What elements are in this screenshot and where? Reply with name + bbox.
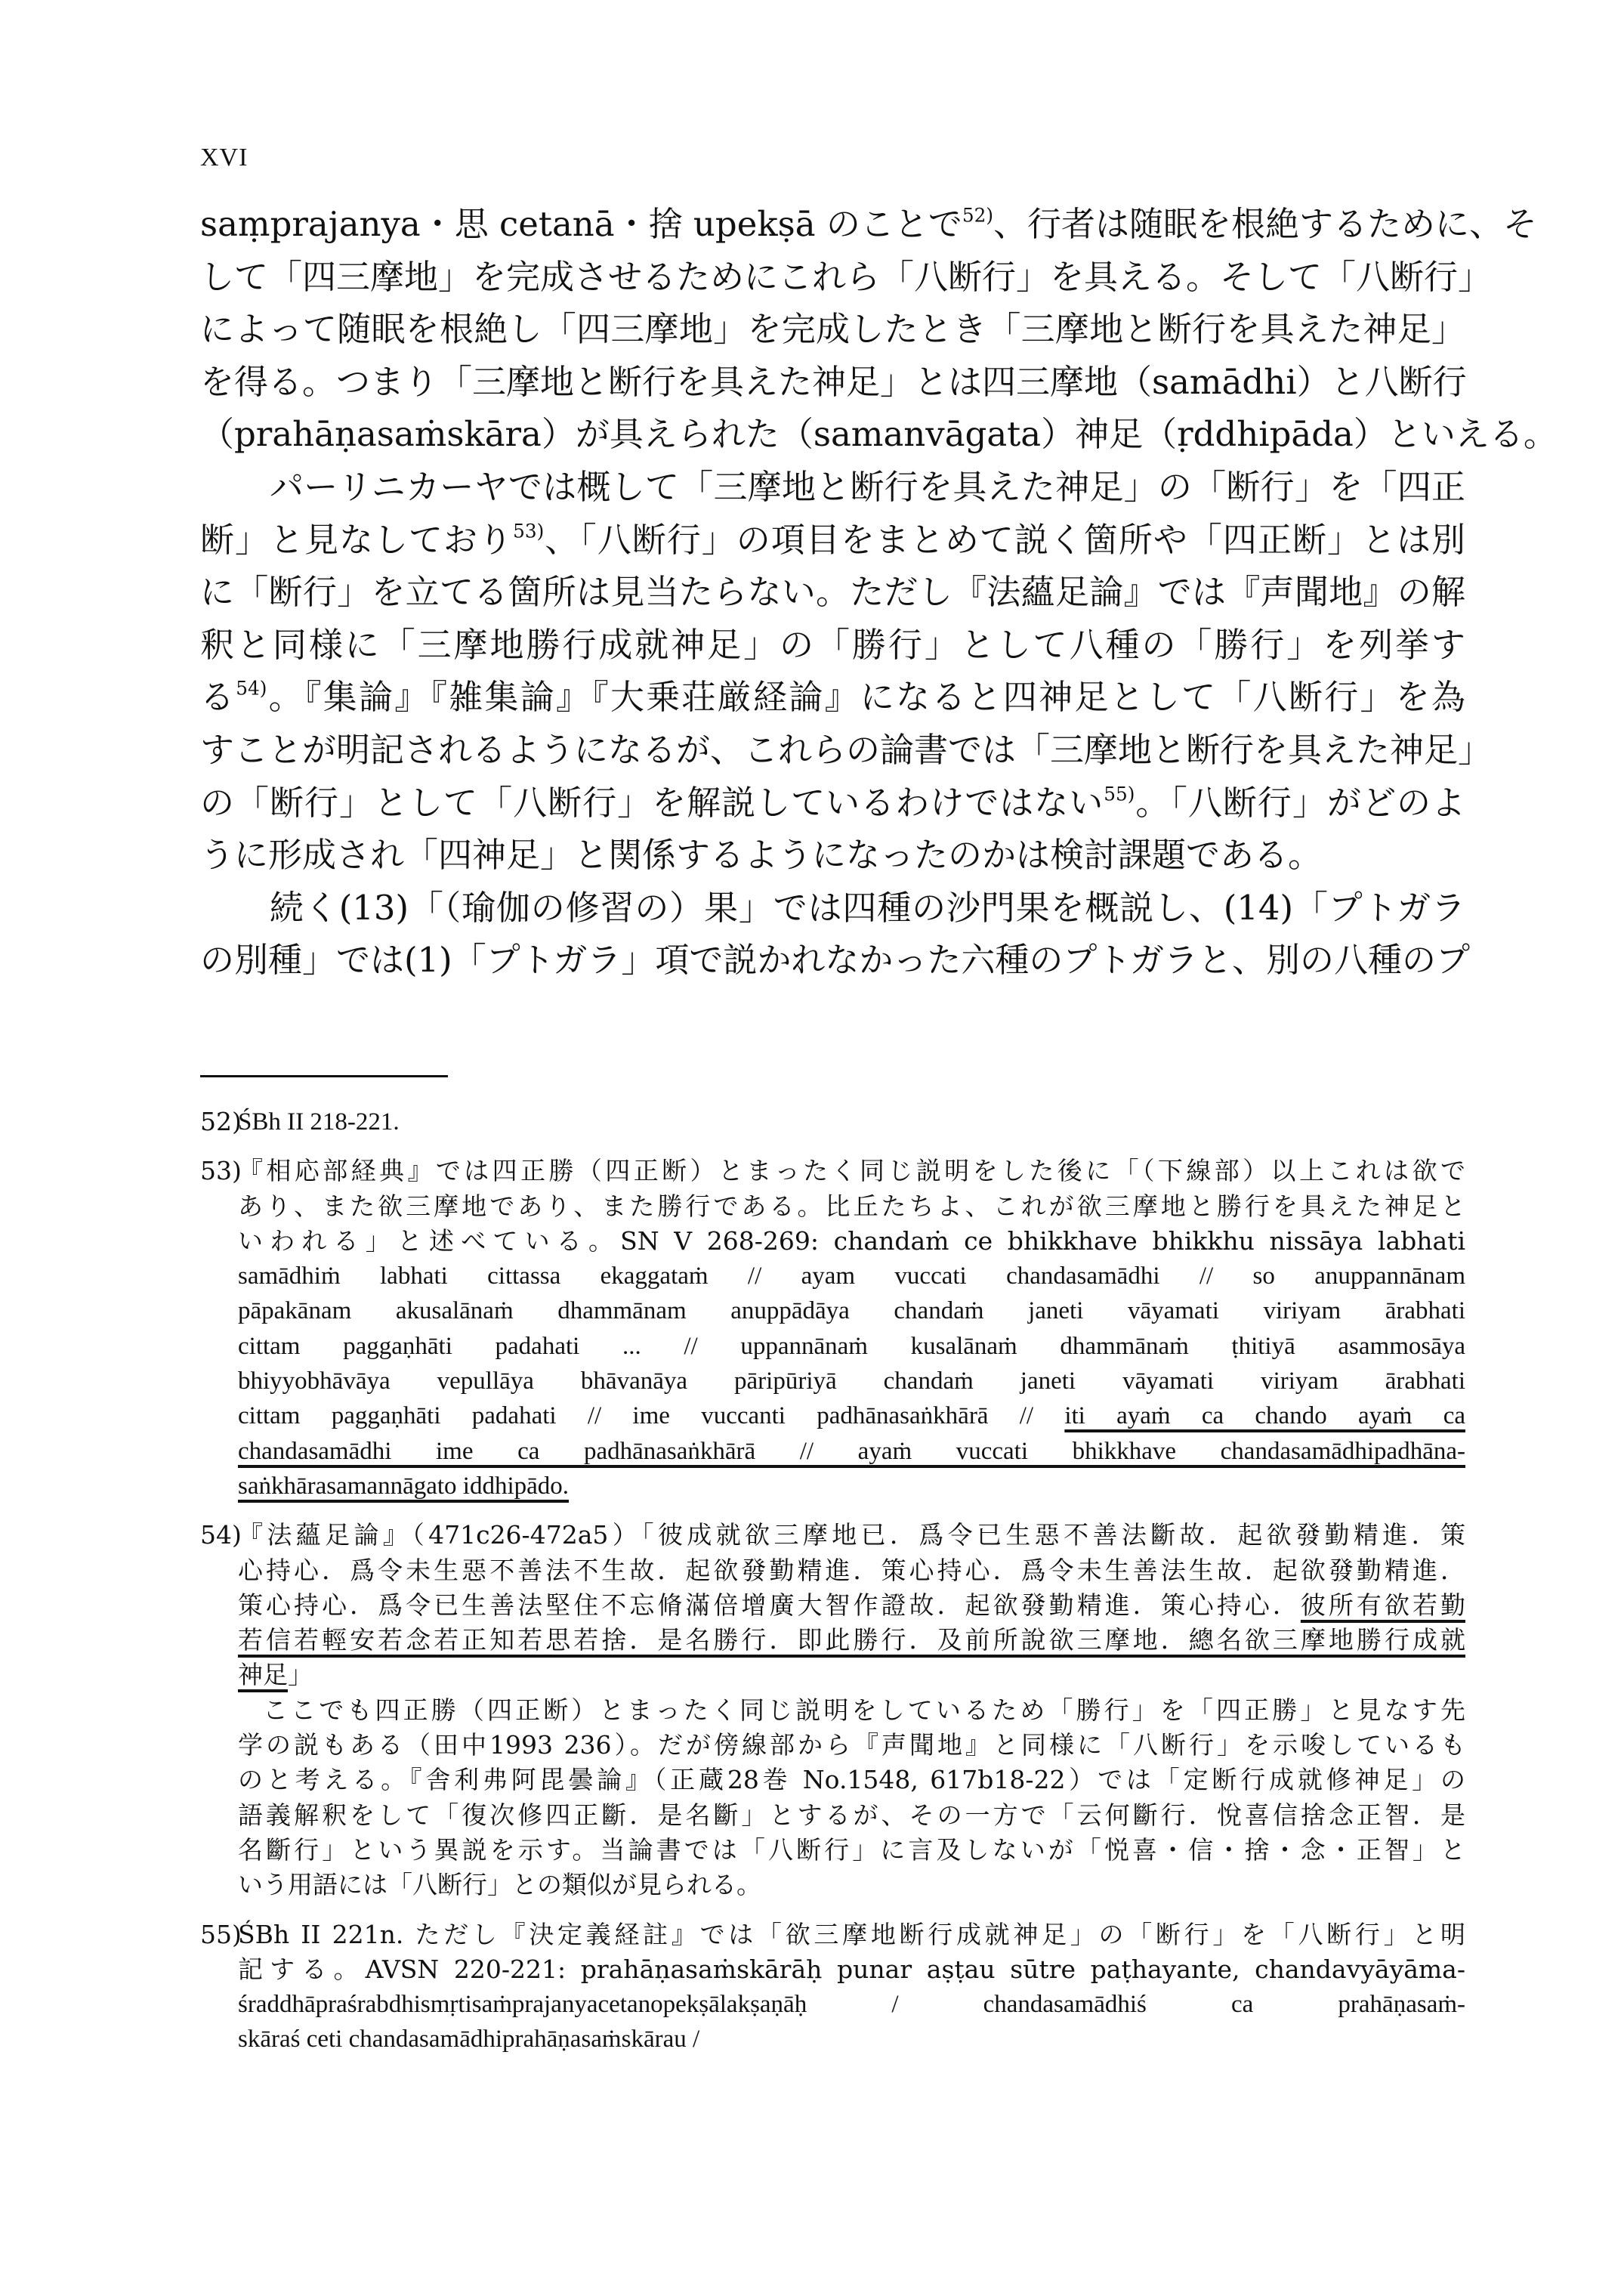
footnote-number: 53) [200, 1154, 242, 1188]
footnote-ref-53[interactable]: 53) [513, 520, 544, 542]
footnote-number: 55) [200, 1917, 242, 1952]
footnote-55: 55) ŚBh II 221n. ただし『決定義経註』では「欲三摩地断行成就神足… [200, 1917, 1465, 2057]
text-line: （prahāṇasaṁskāra）が具えられた（samanvāgata）神足（ṛ… [200, 408, 1465, 461]
page-number: XVI [200, 144, 248, 172]
text-line: の「断行」として「八断行」を解説しているわけではない55)。「八断行」がどのよ [200, 777, 1465, 830]
footnote-line: 『相応部経典』では四正勝（四正断）とまったく同じ説明をした後に「（下線部）以上こ… [238, 1154, 1465, 1188]
underlined-passage: saṅkhārasamannāgato iddhipādo. [238, 1472, 569, 1500]
underlined-passage: 神足 [238, 1660, 288, 1689]
footnote-line: あり、また欲三摩地であり、また勝行である。比丘たちよ、これが欲三摩地と勝行を具え… [238, 1189, 1465, 1224]
footnote-line: いう用語には「八断行」との類似が見られる。 [238, 1868, 1465, 1902]
footnote-line: skāraś ceti chandasamādhiprahāṇasaṁskāra… [238, 2022, 1465, 2057]
footnote-line: samādhiṁ labhati cittassa ekaggataṁ // a… [238, 1259, 1465, 1293]
text-line: に「断行」を立てる箇所は見当たらない。ただし『法蘊足論』では『声聞地』の解 [200, 566, 1465, 619]
footnote-ref-55[interactable]: 55) [1104, 783, 1135, 805]
footnote-54: 54) 『法蘊足論』（471c26-472a5）「彼成就欲三摩地已．爲令已生惡不… [200, 1518, 1465, 1902]
main-text: saṃprajanya・思 cetanā・捨 upekṣā のことで52)、行者… [200, 198, 1465, 987]
footnote-line: ここでも四正勝（四正断）とまったく同じ説明をしているため「勝行」を「四正勝」と見… [238, 1693, 1465, 1728]
underlined-passage: 彼所有欲若勤 [1301, 1590, 1465, 1620]
footnote-line: ŚBh II 221n. ただし『決定義経註』では「欲三摩地断行成就神足」の「断… [238, 1917, 1465, 1952]
footnote-line: 学の説もある（田中1993 236）。だが傍線部から『声聞地』と同様に「八断行」… [238, 1728, 1465, 1763]
text-line: saṃprajanya・思 cetanā・捨 upekṣā のことで52)、行者… [200, 198, 1465, 251]
footnote-number: 52) [200, 1105, 242, 1139]
footnote-line: cittam paggaṇhāti padahati // ime vuccan… [238, 1398, 1465, 1433]
footnote-line: ŚBh II 218-221. [238, 1105, 1465, 1139]
footnote-ref-54[interactable]: 54) [236, 678, 267, 700]
text-line: によって随眠を根絶し「四三摩地」を完成したとき「三摩地と断行を具えた神足」 [200, 303, 1465, 356]
footnote-ref-52[interactable]: 52) [962, 204, 993, 226]
footnote-line: 策心持心．爲令已生善法堅住不忘脩滿倍增廣大智作證故．起欲發勤精進．策心持心．彼所… [238, 1588, 1465, 1623]
footnote-line: chandasamādhi ime ca padhānasaṅkhārā // … [238, 1434, 1465, 1469]
footnote-separator [200, 1075, 448, 1077]
underlined-passage: iti ayaṁ ca chando ayaṁ ca [1064, 1402, 1465, 1429]
footnote-line: 語義解釈をして「復次修四正斷．是名斷」とするが、その一方で「云何斷行．悅喜信捨念… [238, 1798, 1465, 1833]
text-line: を得る。つまり「三摩地と断行を具えた神足」とは四三摩地（samādhi）と八断行 [200, 356, 1465, 409]
text-line: うに形成され「四神足」と関係するようになったのかは検討課題である。 [200, 829, 1465, 882]
text-line: して「四三摩地」を完成させるためにこれら「八断行」を具える。そして「八断行」 [200, 251, 1465, 304]
footnote-line: 神足」 [238, 1658, 1465, 1692]
footnote-number: 54) [200, 1518, 242, 1553]
underlined-passage: 若信若輕安若念若正知若思若捨．是名勝行．即此勝行．及前所說欲三摩地．總名欲三摩地… [238, 1625, 1465, 1655]
footnote-line: pāpakānam akusalānaṁ dhammānam anuppādāy… [238, 1293, 1465, 1328]
footnote-line: 『法蘊足論』（471c26-472a5）「彼成就欲三摩地已．爲令已生惡不善法斷故… [238, 1518, 1465, 1553]
text-line: る54)。『集論』『雑集論』『大乗荘厳経論』になると四神足として「八断行」を為 [200, 671, 1465, 724]
paragraph-2: パーリニカーヤでは概して「三摩地と断行を具えた神足」の「断行」を「四正 断」と見… [200, 461, 1465, 882]
text-line: 釈と同様に「三摩地勝行成就神足」の「勝行」として八種の「勝行」を列挙す [200, 619, 1465, 672]
footnote-52: 52) ŚBh II 218-221. [200, 1105, 1465, 1139]
footnote-line: のと考える。『舎利弗阿毘曇論』（正蔵28巻 No.1548, 617b18-22… [238, 1763, 1465, 1797]
paragraph-1: saṃprajanya・思 cetanā・捨 upekṣā のことで52)、行者… [200, 198, 1465, 461]
footnote-line: śraddhāpraśrabdhismṛtisaṁprajanyacetanop… [238, 1987, 1465, 2022]
paragraph-3: 続く(13)「（瑜伽の修習の）果」では四種の沙門果を概説し、(14)「プトガラ … [200, 882, 1465, 987]
text-line: パーリニカーヤでは概して「三摩地と断行を具えた神足」の「断行」を「四正 [200, 461, 1465, 514]
text-line: の別種」では(1)「プトガラ」項で説かれなかった六種のプトガラと、別の八種のプ [200, 934, 1465, 987]
footnote-53: 53) 『相応部経典』では四正勝（四正断）とまったく同じ説明をした後に「（下線部… [200, 1154, 1465, 1503]
text-line: すことが明記されるようになるが、これらの論書では「三摩地と断行を具えた神足」 [200, 724, 1465, 777]
footnote-line: saṅkhārasamannāgato iddhipādo. [238, 1469, 1465, 1503]
footnote-line: 心持心．爲令未生惡不善法不生故．起欲發勤精進．策心持心．爲令未生善法生故．起欲發… [238, 1553, 1465, 1588]
footnote-line: 名斷行」という異説を示す。当論書では「八断行」に言及しないが「悦喜・信・捨・念・… [238, 1833, 1465, 1868]
footnote-line: 若信若輕安若念若正知若思若捨．是名勝行．即此勝行．及前所說欲三摩地．總名欲三摩地… [238, 1623, 1465, 1658]
footnotes: 52) ŚBh II 218-221. 53) 『相応部経典』では四正勝（四正断… [200, 1105, 1465, 2072]
footnote-line: 記する。AVSN 220-221: prahāṇasaṁskārāḥ punar… [238, 1952, 1465, 1987]
underlined-passage: chandasamādhi ime ca padhānasaṅkhārā // … [238, 1438, 1465, 1465]
footnote-line: cittam paggaṇhāti padahati ... // uppann… [238, 1329, 1465, 1364]
footnote-line: bhiyyobhāvāya vepullāya bhāvanāya pāripū… [238, 1364, 1465, 1398]
text-line: 続く(13)「（瑜伽の修習の）果」では四種の沙門果を概説し、(14)「プトガラ [200, 882, 1465, 935]
footnote-line: いわれる」と述べている。SN V 268-269: chandaṁ ce bhi… [238, 1224, 1465, 1259]
text-line: 断」と見なしており53)、「八断行」の項目をまとめて説く箇所や「四正断」とは別 [200, 514, 1465, 567]
